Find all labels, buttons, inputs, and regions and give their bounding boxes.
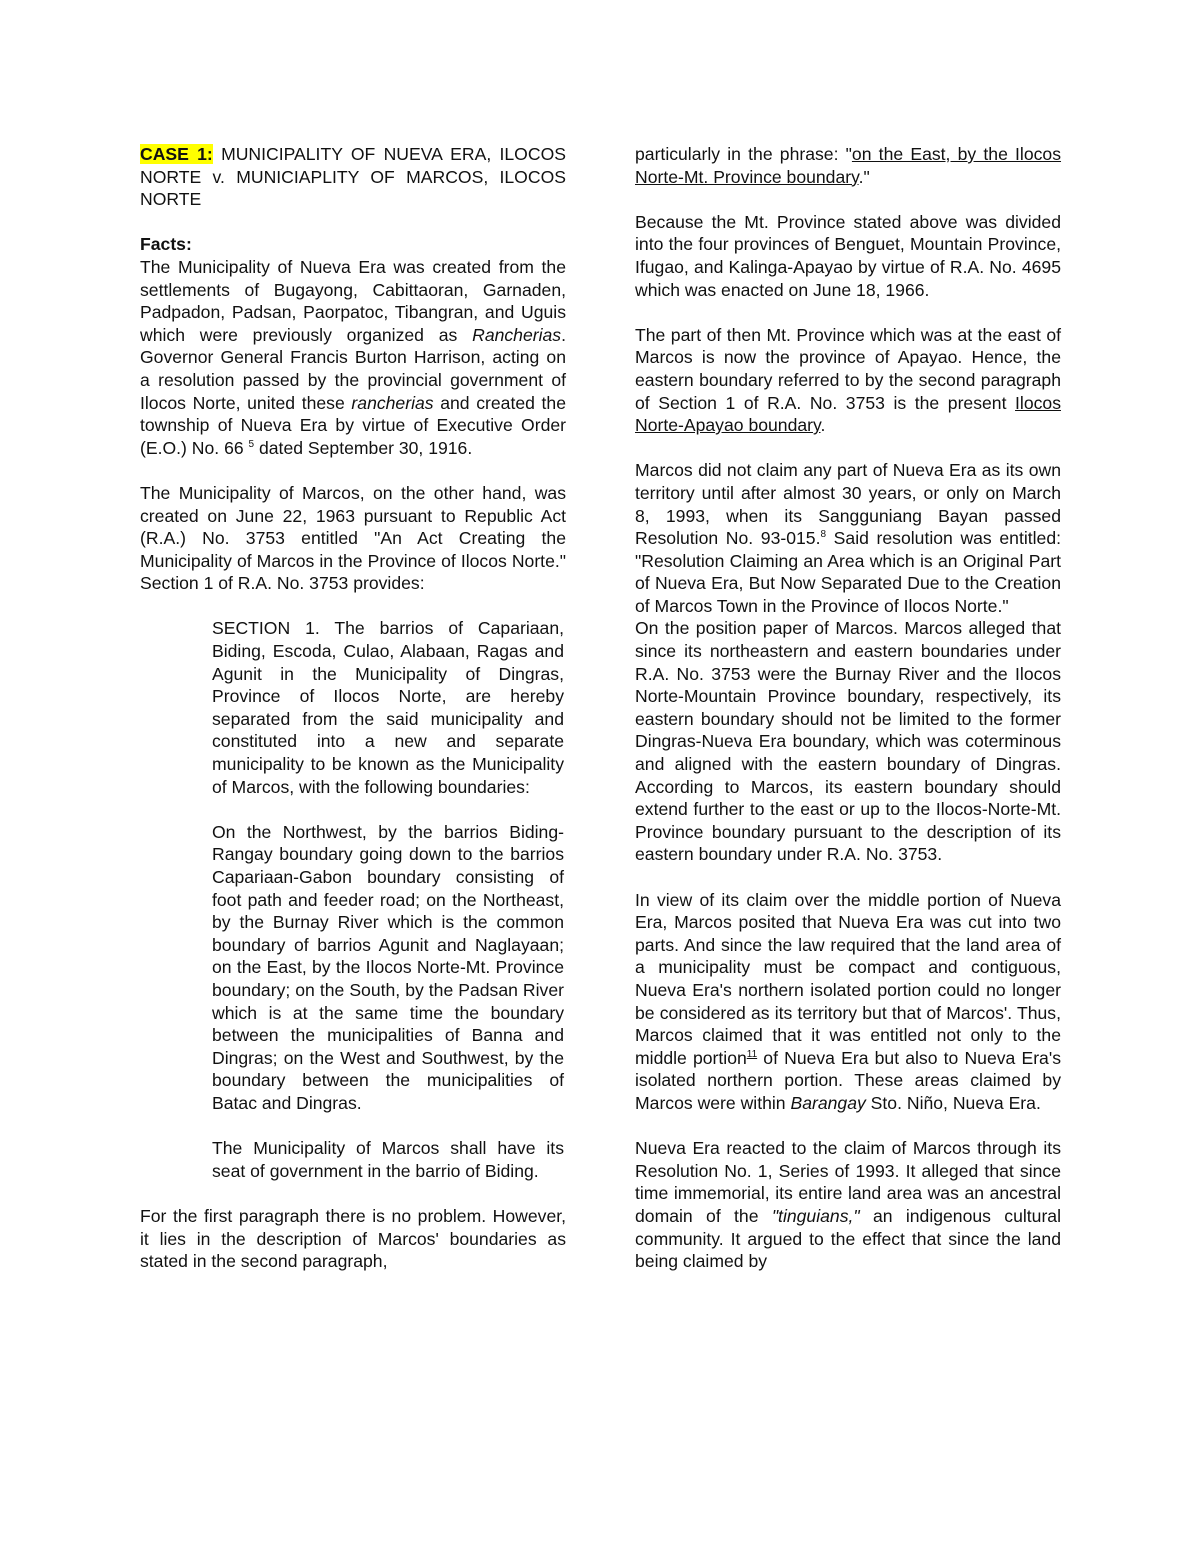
left-column: CASE 1: MUNICIPALITY OF NUEVA ERA, ILOCO…	[140, 143, 566, 1295]
paragraph-nueva-era-creation: The Municipality of Nueva Era was create…	[140, 256, 566, 459]
paragraph-mt-province-division: Because the Mt. Province stated above wa…	[635, 211, 1061, 301]
case-title: CASE 1: MUNICIPALITY OF NUEVA ERA, ILOCO…	[140, 143, 566, 211]
paragraph-phrase: particularly in the phrase: "on the East…	[635, 143, 1061, 188]
case-label-highlight: CASE 1:	[140, 144, 213, 164]
footnote-ref[interactable]: 11	[747, 1049, 757, 1060]
statute-blockquote: SECTION 1. The barrios of Capariaan, Bid…	[212, 617, 564, 1182]
spacer	[140, 211, 566, 234]
quote-seat-of-government: The Municipality of Marcos shall have it…	[212, 1137, 564, 1182]
paragraph-marcos-claim: Marcos did not claim any part of Nueva E…	[635, 459, 1061, 617]
document-page: CASE 1: MUNICIPALITY OF NUEVA ERA, ILOCO…	[0, 0, 1200, 1553]
paragraph-first-paragraph-issue: For the first paragraph there is no prob…	[140, 1205, 566, 1273]
paragraph-nueva-era-reaction: Nueva Era reacted to the claim of Marcos…	[635, 1137, 1061, 1273]
paragraph-position-paper: On the position paper of Marcos. Marcos …	[635, 617, 1061, 866]
paragraph-marcos-creation: The Municipality of Marcos, on the other…	[140, 482, 566, 595]
quote-boundaries: On the Northwest, by the barrios Biding-…	[212, 821, 564, 1115]
paragraph-apayao: The part of then Mt. Province which was …	[635, 324, 1061, 437]
right-column: particularly in the phrase: "on the East…	[635, 143, 1061, 1295]
quote-section-1: SECTION 1. The barrios of Capariaan, Bid…	[212, 617, 564, 798]
paragraph-middle-portion: In view of its claim over the middle por…	[635, 889, 1061, 1115]
facts-heading: Facts:	[140, 233, 566, 256]
